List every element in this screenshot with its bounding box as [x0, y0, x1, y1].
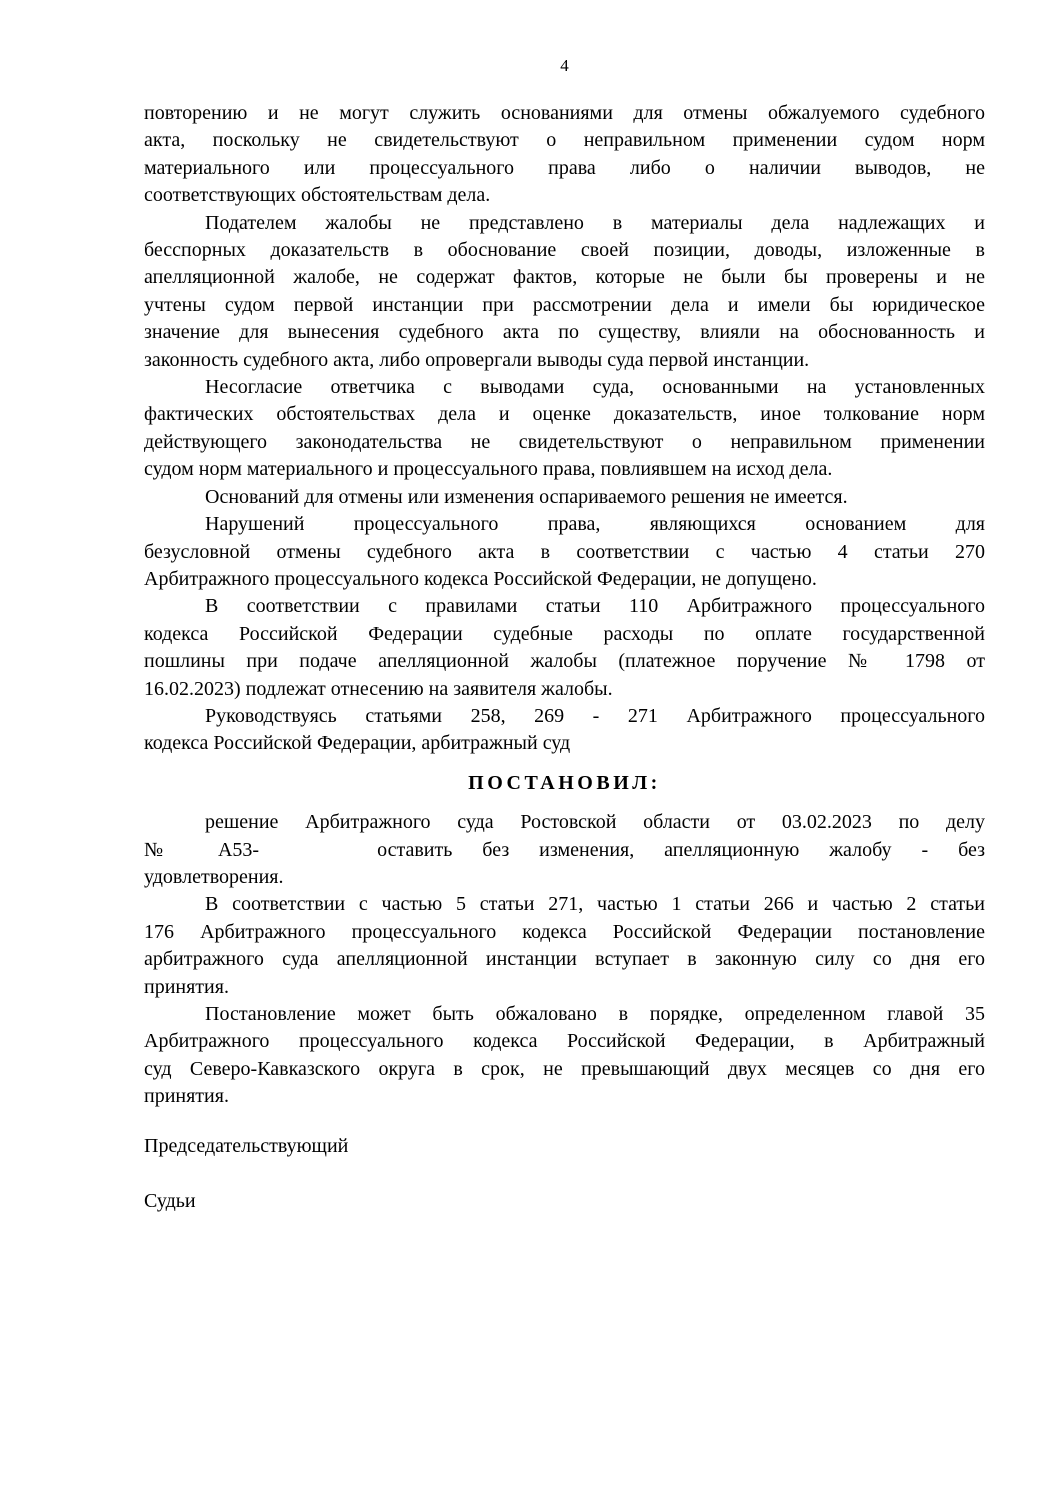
text-line: повторению и не могут служить основаниям… [144, 100, 985, 127]
paragraph-court-costs: В соответствии с правилами статьи 110 Ар… [144, 593, 985, 703]
text-line: принятия. [144, 974, 985, 1001]
text-line: соответствующих обстоятельствам дела. [144, 182, 985, 209]
text-line: фактических обстоятельствах дела и оценк… [144, 401, 985, 428]
text-line: принятия. [144, 1083, 985, 1110]
text-line: материального или процессуального права … [144, 155, 985, 182]
document-page: 4 повторению и не могут служить основани… [0, 0, 1060, 1500]
case-number-prefix: № А53- [144, 839, 259, 861]
text-line: Подателем жалобы не представлено в матер… [144, 210, 985, 237]
text-line: значение для вынесения судебного акта по… [144, 319, 985, 346]
paragraph-decision-upheld: решение Арбитражного суда Ростовской обл… [144, 809, 985, 891]
text-line: Оснований для отмены или изменения оспар… [144, 484, 985, 511]
text-line: суд Северо-Кавказского округа в срок, не… [144, 1056, 985, 1083]
text-line: Арбитражного процессуального кодекса Рос… [144, 566, 985, 593]
text-line: Постановление может быть обжаловано в по… [144, 1001, 985, 1028]
signature-judges: Судьи [144, 1188, 985, 1215]
text-line: В соответствии с правилами статьи 110 Ар… [144, 593, 985, 620]
redacted-case-number-gap [259, 855, 377, 856]
text-line: Арбитражного процессуального кодекса Рос… [144, 1028, 985, 1055]
text-line: кодекса Российской Федерации, арбитражны… [144, 730, 985, 757]
paragraph-guided-by-articles: Руководствуясь статьями 258, 269 - 271 А… [144, 703, 985, 758]
paragraph-no-procedural-violations: Нарушений процессуального права, являющи… [144, 511, 985, 593]
resolution-heading: ПОСТАНОВИЛ: [144, 770, 985, 797]
text-line: № А53-оставить без изменения, апелляцион… [144, 837, 985, 864]
decision-text: оставить без изменения, апелляционную жа… [377, 839, 985, 861]
text-line: 16.02.2023) подлежат отнесению на заявит… [144, 676, 985, 703]
text-line: решение Арбитражного суда Ростовской обл… [144, 809, 985, 836]
text-line: Нарушений процессуального права, являющи… [144, 511, 985, 538]
text-line: безусловной отмены судебного акта в соот… [144, 539, 985, 566]
document-content: 4 повторению и не могут служить основани… [144, 56, 985, 1215]
paragraph-appeal-procedure: Постановление может быть обжаловано в по… [144, 1001, 985, 1111]
text-line: В соответствии с частью 5 статьи 271, ча… [144, 891, 985, 918]
text-line: кодекса Российской Федерации судебные ра… [144, 621, 985, 648]
text-line: удовлетворения. [144, 864, 985, 891]
text-line: акта, поскольку не свидетельствуют о неп… [144, 127, 985, 154]
text-line: законность судебного акта, либо опроверг… [144, 347, 985, 374]
paragraph-no-grounds: Оснований для отмены или изменения оспар… [144, 484, 985, 511]
text-line: Несогласие ответчика с выводами суда, ос… [144, 374, 985, 401]
signature-presiding: Председательствующий [144, 1133, 985, 1160]
text-line: пошлины при подаче апелляционной жалобы … [144, 648, 985, 675]
document-body: повторению и не могут служить основаниям… [144, 100, 985, 1215]
paragraph-continuation: повторению и не могут служить основаниям… [144, 100, 985, 210]
paragraph-entry-into-force: В соответствии с частью 5 статьи 271, ча… [144, 891, 985, 1001]
page-number: 4 [144, 56, 985, 75]
paragraph-disagreement: Несогласие ответчика с выводами суда, ос… [144, 374, 985, 484]
text-line: действующего законодательства не свидете… [144, 429, 985, 456]
text-line: судом норм материального и процессуально… [144, 456, 985, 483]
text-line: бесспорных доказательств в обоснование с… [144, 237, 985, 264]
text-line: арбитражного суда апелляционной инстанци… [144, 946, 985, 973]
paragraph-no-proper-evidence: Подателем жалобы не представлено в матер… [144, 210, 985, 374]
text-line: учтены судом первой инстанции при рассмо… [144, 292, 985, 319]
text-line: Руководствуясь статьями 258, 269 - 271 А… [144, 703, 985, 730]
text-line: апелляционной жалобе, не содержат фактов… [144, 264, 985, 291]
text-line: 176 Арбитражного процессуального кодекса… [144, 919, 985, 946]
